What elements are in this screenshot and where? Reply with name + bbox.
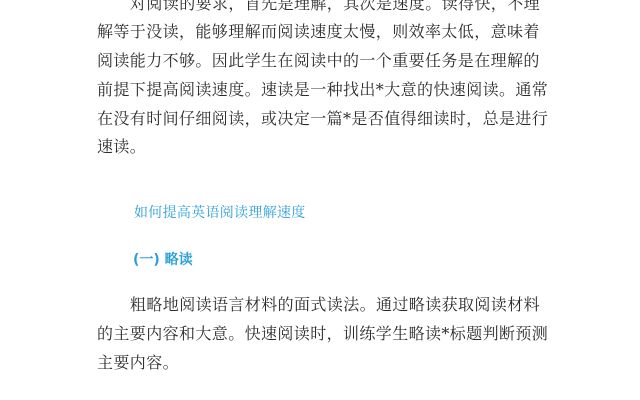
section-heading: 如何提高英语阅读理解速度 xyxy=(134,203,306,223)
paragraph-2-line-1: 粗略地阅读语言材料的面式读法。通过略读获取阅读材料 xyxy=(130,295,540,315)
subsection-heading: (一) 略读 xyxy=(133,250,193,270)
paragraph-1-line-1: 对阅读的要求，首先是理解，其次是速度。读得快，不理 xyxy=(130,0,540,14)
paragraph-1-line-5: 在没有时间仔细阅读，或决定一篇*是否值得细读时，总是进行 xyxy=(97,109,548,129)
paragraph-1-line-3: 阅读能力不够。因此学生在阅读中的一个重要任务是在理解的 xyxy=(97,51,540,71)
paragraph-1-line-6: 速读。 xyxy=(97,137,146,157)
paragraph-1-line-2: 解等于没读，能够理解而阅读速度太慢，则效率太低，意味着 xyxy=(97,22,540,42)
paragraph-1-line-4: 前提下提高阅读速度。速读是一种找出*大意的快速阅读。通常 xyxy=(97,80,548,100)
paragraph-2-line-3: 主要内容。 xyxy=(97,353,179,373)
document-page: 对阅读的要求，首先是理解，其次是速度。读得快，不理 解等于没读，能够理解而阅读速… xyxy=(0,0,640,400)
paragraph-2-line-2: 的主要内容和大意。快速阅读时，训练学生略读*标题判断预测 xyxy=(97,324,548,344)
